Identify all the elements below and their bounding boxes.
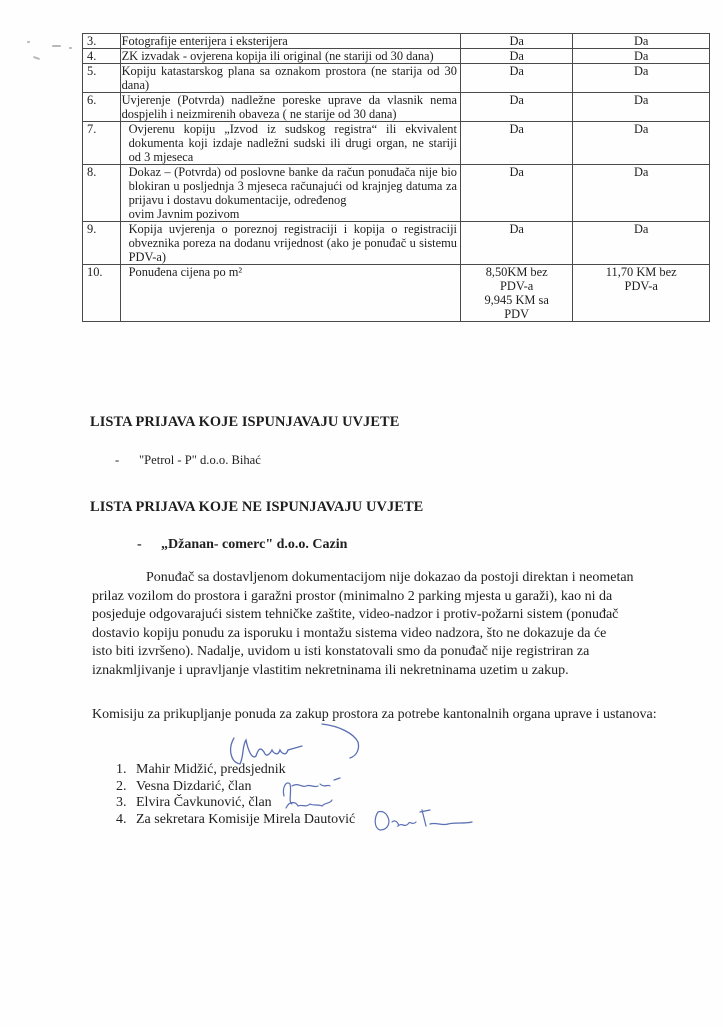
table-row: 3.Fotografije enterijera i eksterijeraDa…: [83, 34, 710, 49]
bidder-2-value: Da: [573, 222, 710, 265]
bidder-1-value: Da: [460, 122, 572, 165]
non-qualifying-heading: LISTA PRIJAVA KOJE NE ISPUNJAVAJU UVJETE: [90, 499, 423, 516]
requirement-description: Dokaz – (Potvrda) od poslovne banke da r…: [120, 165, 460, 222]
row-number: 9.: [83, 222, 121, 265]
description-extra: ovim Javnim pozivom: [129, 207, 457, 221]
bidder-1-value: Da: [460, 34, 572, 49]
table-row: 10.Ponuđena cijena po m²8,50KM bezPDV-a9…: [83, 265, 710, 322]
bullet-dash: -: [115, 453, 139, 468]
description-text: Dokaz – (Potvrda) od poslovne banke da r…: [129, 165, 457, 207]
rejection-reason: Ponuđač sa dostavljenom dokumentacijom n…: [92, 569, 704, 681]
description-text: Kopiju katastarskog plana sa oznakom pro…: [122, 64, 457, 92]
description-text: Uvjerenje (Potvrda) nadležne poreske upr…: [122, 93, 457, 121]
description-text: Fotografije enterijera i eksterijera: [122, 34, 457, 48]
bullet-dash: -: [137, 537, 161, 553]
bidder-1-value: 8,50KM bezPDV-a9,945 KM saPDV: [460, 265, 572, 322]
requirement-description: Kopija uvjerenja o poreznoj registraciji…: [120, 222, 460, 265]
scan-speck: [27, 41, 30, 43]
requirement-description: Kopiju katastarskog plana sa oznakom pro…: [120, 64, 460, 93]
table-row: 7.Ovjerenu kopiju „Izvod iz sudskog regi…: [83, 122, 710, 165]
bidder-1-value: Da: [460, 64, 572, 93]
member-item: 4.Za sekretara Komisije Mirela Dautović: [116, 812, 355, 829]
row-number: 7.: [83, 122, 121, 165]
requirement-description: Ponuđena cijena po m²: [120, 265, 460, 322]
requirement-description: ZK izvadak - ovjerena kopija ili origina…: [120, 49, 460, 64]
price-line: 8,50KM bez: [461, 265, 572, 279]
price-line: PDV-a: [461, 279, 572, 293]
price-line: PDV-a: [573, 279, 709, 293]
scan-speck: [52, 45, 61, 47]
row-number: 8.: [83, 165, 121, 222]
price-line: PDV: [461, 307, 572, 321]
bidder-1-value: Da: [460, 93, 572, 122]
row-number: 6.: [83, 93, 121, 122]
row-number: 4.: [83, 49, 121, 64]
scan-speck: [33, 56, 40, 60]
member-item: 2.Vesna Dizdarić, član: [116, 779, 355, 796]
bidder-2-value: Da: [573, 122, 710, 165]
table-row: 6.Uvjerenje (Potvrda) nadležne poreske u…: [83, 93, 710, 122]
bidder-1-value: Da: [460, 49, 572, 64]
member-item: 1.Mahir Midžić, predsjednik: [116, 762, 355, 779]
row-number: 10.: [83, 265, 121, 322]
scan-speck: [69, 47, 72, 49]
table-row: 9.Kopija uvjerenja o poreznoj registraci…: [83, 222, 710, 265]
bidder-2-value: 11,70 KM bezPDV-a: [573, 265, 710, 322]
description-text: Ponuđena cijena po m²: [129, 265, 457, 279]
member-item: 3.Elvira Čavkunović, član: [116, 795, 355, 812]
qualifying-bidder: -"Petrol - P" d.o.o. Bihać: [115, 453, 261, 468]
criteria-table: 3.Fotografije enterijera i eksterijeraDa…: [82, 33, 710, 322]
description-text: Kopija uvjerenja o poreznoj registraciji…: [129, 222, 457, 264]
bidder-1-value: Da: [460, 222, 572, 265]
table-row: 8.Dokaz – (Potvrda) od poslovne banke da…: [83, 165, 710, 222]
bidder-2-value: Da: [573, 34, 710, 49]
table-row: 4.ZK izvadak - ovjerena kopija ili origi…: [83, 49, 710, 64]
price-line: 11,70 KM bez: [573, 265, 709, 279]
requirement-description: Ovjerenu kopiju „Izvod iz sudskog regist…: [120, 122, 460, 165]
bidder-2-value: Da: [573, 165, 710, 222]
bidder-2-value: Da: [573, 49, 710, 64]
row-number: 3.: [83, 34, 121, 49]
price-line: 9,945 KM sa: [461, 293, 572, 307]
bidder-2-value: Da: [573, 93, 710, 122]
non-qualifying-bidder: -„Džanan- comerc" d.o.o. Cazin: [137, 537, 347, 553]
commission-members: 1.Mahir Midžić, predsjednik 2.Vesna Dizd…: [116, 762, 355, 828]
description-text: ZK izvadak - ovjerena kopija ili origina…: [122, 49, 457, 63]
qualifying-heading: LISTA PRIJAVA KOJE ISPUNJAVAJU UVJETE: [90, 414, 399, 431]
table-row: 5.Kopiju katastarskog plana sa oznakom p…: [83, 64, 710, 93]
row-number: 5.: [83, 64, 121, 93]
description-text: Ovjerenu kopiju „Izvod iz sudskog regist…: [129, 122, 457, 164]
commission-intro: Komisiju za prikupljanje ponuda za zakup…: [92, 706, 712, 725]
requirement-description: Uvjerenje (Potvrda) nadležne poreske upr…: [120, 93, 460, 122]
signature-secretary: [372, 804, 482, 834]
bidder-2-value: Da: [573, 64, 710, 93]
requirement-description: Fotografije enterijera i eksterijera: [120, 34, 460, 49]
document-page: 3.Fotografije enterijera i eksterijeraDa…: [0, 0, 723, 1027]
bidder-1-value: Da: [460, 165, 572, 222]
